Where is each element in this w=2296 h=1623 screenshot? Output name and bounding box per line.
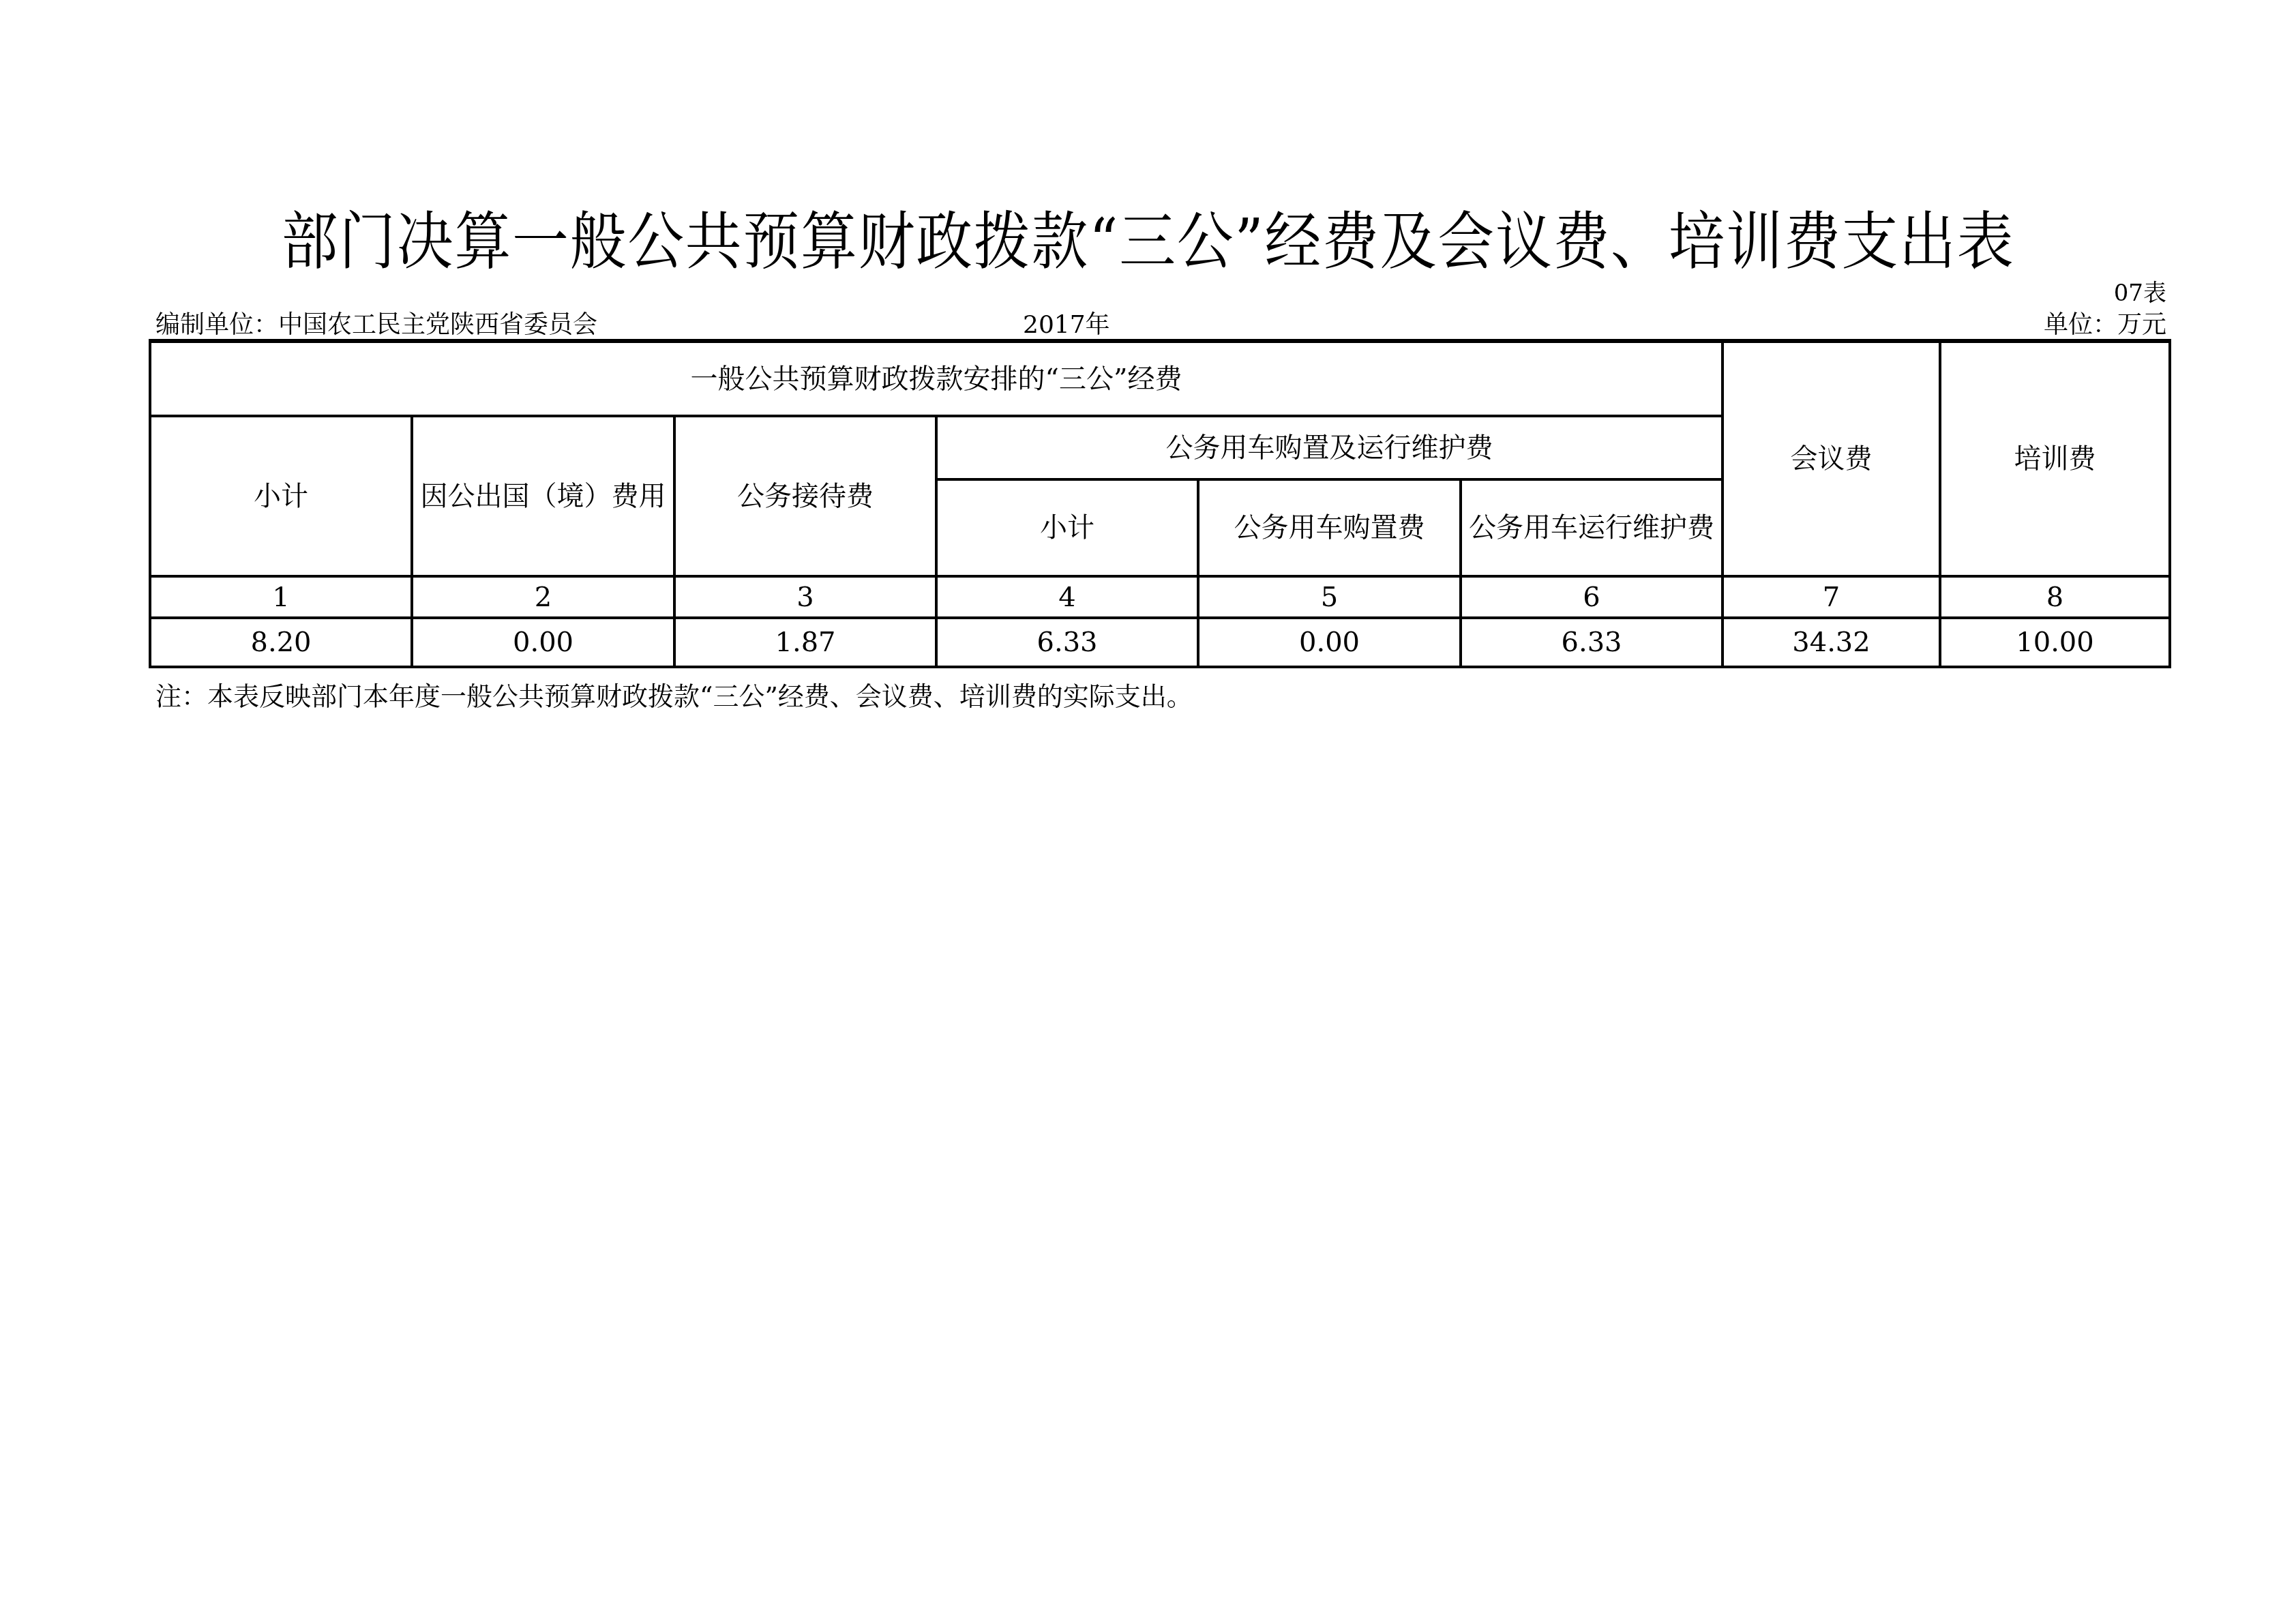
year-label: 2017年: [1023, 306, 1110, 340]
header-overseas: 因公出国（境）费用: [412, 416, 674, 576]
header-subtotal: 小计: [150, 416, 412, 576]
value-subtotal: 8.20: [150, 618, 412, 667]
header-training: 培训费: [1940, 341, 2170, 576]
column-number: 7: [1723, 576, 1940, 618]
header-vehicle-subtotal: 小计: [936, 479, 1198, 576]
three-public-group-header: 一般公共预算财政拨款安排的“三公”经费: [150, 341, 1723, 416]
value-overseas: 0.00: [412, 618, 674, 667]
column-number: 3: [674, 576, 936, 618]
header-reception: 公务接待费: [674, 416, 936, 576]
column-number: 8: [1940, 576, 2170, 618]
unit-label: 单位：万元: [2044, 306, 2166, 340]
column-number: 1: [150, 576, 412, 618]
value-vehicle-subtotal: 6.33: [936, 618, 1198, 667]
value-vehicle-purchase: 0.00: [1198, 618, 1461, 667]
value-vehicle-operation: 6.33: [1461, 618, 1723, 667]
expenditure-table: 一般公共预算财政拨款安排的“三公”经费 会议费 培训费 小计 因公出国（境）费用…: [149, 339, 2171, 668]
table-row: 8.20 0.00 1.87 6.33 0.00 6.33 34.32 10.0…: [150, 618, 2170, 667]
value-training: 10.00: [1940, 618, 2170, 667]
value-reception: 1.87: [674, 618, 936, 667]
column-number: 4: [936, 576, 1198, 618]
vehicle-group-header: 公务用车购置及运行维护费: [936, 416, 1723, 479]
value-meeting: 34.32: [1723, 618, 1940, 667]
header-vehicle-operation: 公务用车运行维护费: [1461, 479, 1723, 576]
column-number: 6: [1461, 576, 1723, 618]
column-number-row: 1 2 3 4 5 6 7 8: [150, 576, 2170, 618]
column-number: 5: [1198, 576, 1461, 618]
column-number: 2: [412, 576, 674, 618]
header-meeting: 会议费: [1723, 341, 1940, 576]
organization-label: 编制单位：中国农工民主党陕西省委员会: [155, 306, 597, 340]
page-title: 部门决算一般公共预算财政拨款“三公”经费及会议费、培训费支出表: [115, 198, 2181, 286]
footnote: 注：本表反映部门本年度一般公共预算财政拨款“三公”经费、会议费、培训费的实际支出…: [155, 675, 1193, 713]
header-vehicle-purchase: 公务用车购置费: [1198, 479, 1461, 576]
table-number: 07表: [2114, 274, 2166, 308]
